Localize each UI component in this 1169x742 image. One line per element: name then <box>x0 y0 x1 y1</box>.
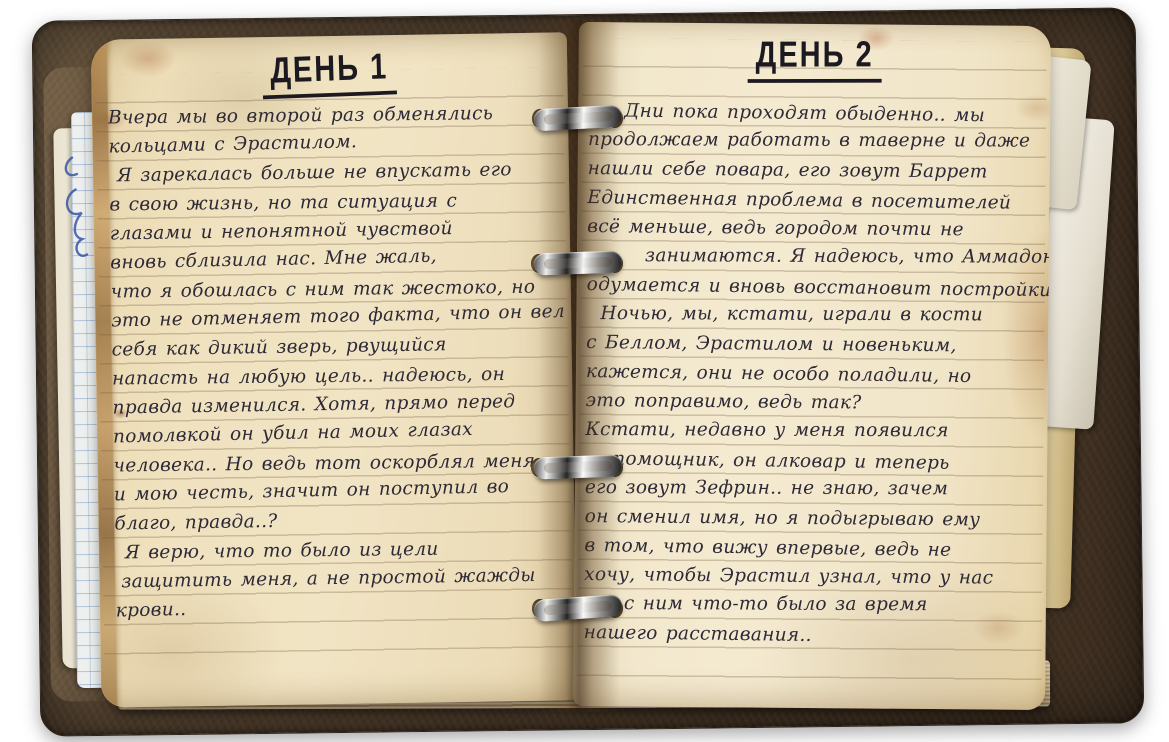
page-title-day2: ДЕНЬ 2 <box>579 35 1051 84</box>
journal-line: Я верю, что то было из цели <box>115 533 571 567</box>
open-diary-book: ДЕНЬ 1 Вчера мы во второй раз обменялись… <box>0 0 1169 742</box>
binder-ring-icon <box>534 250 623 275</box>
journal-line: нашли себе повара, его зовут Баррет <box>588 154 1048 187</box>
journal-line: Ночью, мы, кстати, играли в кости <box>586 299 1046 330</box>
journal-line: продолжаем работать в таверне и даже <box>588 125 1048 156</box>
journal-line: напасть на любую цель.. надеюсь, он <box>112 359 568 393</box>
journal-line: он сменил имя, но я подыгрываю ему <box>585 502 1045 535</box>
binder-ring-icon <box>534 454 623 479</box>
journal-line: нашего расставания.. <box>583 618 1043 653</box>
right-page: ДЕНЬ 2 Дни пока проходят обыденно.. мыпр… <box>573 22 1051 710</box>
journal-line: Единственная проблема в посетителей <box>587 183 1047 218</box>
journal-line: с Беллом, Эрастилом и новеньким, <box>586 328 1046 361</box>
journal-line: Кстати, недавно у меня появился <box>585 415 1045 446</box>
journal-line: его зовут Зефрин.. не знаю, зачем <box>585 473 1045 504</box>
diary-entry-day2: Дни пока проходят обыденно.. мыпродолжае… <box>584 96 1049 651</box>
binder-ring-icon <box>533 105 622 132</box>
journal-line: в свою жизнь, но та ситуация с <box>109 185 565 219</box>
left-page: ДЕНЬ 1 Вчера мы во второй раз обменялись… <box>91 32 577 707</box>
journal-line: кажется, они не особо поладили, но <box>586 357 1046 392</box>
page-title-day1: ДЕНЬ 1 <box>91 40 568 105</box>
journal-line: занимаются. Я надеюсь, что Аммадон <box>587 241 1047 272</box>
journal-line: с ним что-то было за время <box>584 589 1044 620</box>
diary-entry-day1: Вчера мы во второй раз обменялиськольцам… <box>108 96 572 625</box>
journal-line: в том, что вижу впервые, ведь не <box>584 531 1044 566</box>
